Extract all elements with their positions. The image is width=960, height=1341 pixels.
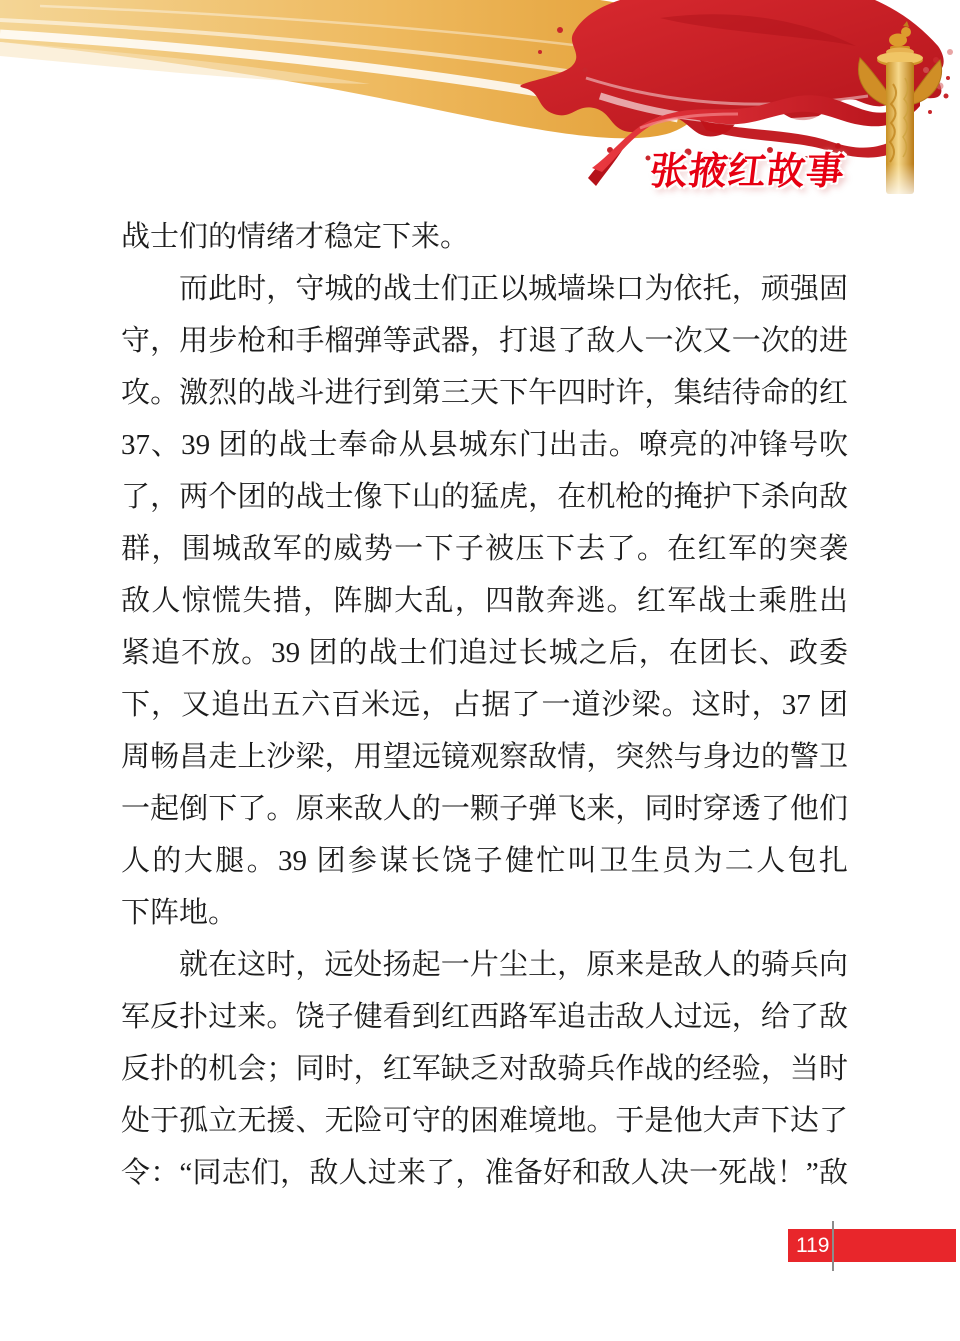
text-line: 军反扑过来。饶子健看到红西路军追击敌人过远，给了敌人 <box>121 991 848 1043</box>
text-line: 战士们的情绪才稳定下来。 <box>121 211 848 263</box>
header-artwork <box>0 0 960 230</box>
text-line: 一起倒下了。原来敌人的一颗子弹飞来，同时穿透了他们两 <box>121 783 848 835</box>
text-line: 守，用步枪和手榴弹等武器，打退了敌人一次又一次的进 <box>121 315 848 367</box>
text-line: 就在这时，远处扬起一片尘土，原来是敌人的骑兵向红 <box>121 939 848 991</box>
text-line: 令：“同志们，敌人过来了，准备好和敌人决一死战！”敌骑 <box>121 1147 848 1199</box>
text-line: 人的大腿。39 团参谋长饶子健忙叫卫生员为二人包扎后，背 <box>121 835 848 887</box>
page-number-badge: 119 <box>788 1229 956 1262</box>
text-line: 处于孤立无援、无险可守的困难境地。于是他大声下达了命 <box>121 1095 848 1147</box>
page-title: 张掖红故事 <box>647 150 882 194</box>
text-line: 反扑的机会；同时，红军缺乏对敌骑兵作战的经验，当时已 <box>121 1043 848 1095</box>
text-line: 了，两个团的战士像下山的猛虎，在机枪的掩护下杀向敌 <box>121 471 848 523</box>
text-line: 下阵地。 <box>121 887 848 939</box>
text-line: 攻。激烈的战斗进行到第三天下午四时许，集结待命的红 <box>121 367 848 419</box>
page-number: 119 <box>796 1234 829 1258</box>
body-text: 战士们的情绪才稳定下来。 而此时，守城的战士们正以城墙垛口为依托，顽强固 守，用… <box>121 211 848 1199</box>
text-line: 周畅昌走上沙梁，用望远镜观察敌情，突然与身边的警卫员 <box>121 731 848 783</box>
text-line: 而此时，守城的战士们正以城墙垛口为依托，顽强固 <box>121 263 848 315</box>
text-line: 下，又追出五六百米远，占据了一道沙梁。这时，37 团政委 <box>121 679 848 731</box>
text-line: 敌人惊慌失措，阵脚大乱，四散奔逃。红军战士乘胜出击， <box>121 575 848 627</box>
text-line: 紧追不放。39 团的战士们追过长城之后，在团长、政委指挥 <box>121 627 848 679</box>
footer-rule <box>832 1221 834 1271</box>
text-line: 群，围城敌军的威势一下子被压下去了。在红军的突袭下， <box>121 523 848 575</box>
book-page: 张掖红故事 战士们的情绪才稳定下来。 而此时，守城的战士们正以城墙垛口为依托，顽… <box>0 0 960 1341</box>
text-line: 37、39 团的战士奉命从县城东门出击。嘹亮的冲锋号吹响 <box>121 419 848 471</box>
